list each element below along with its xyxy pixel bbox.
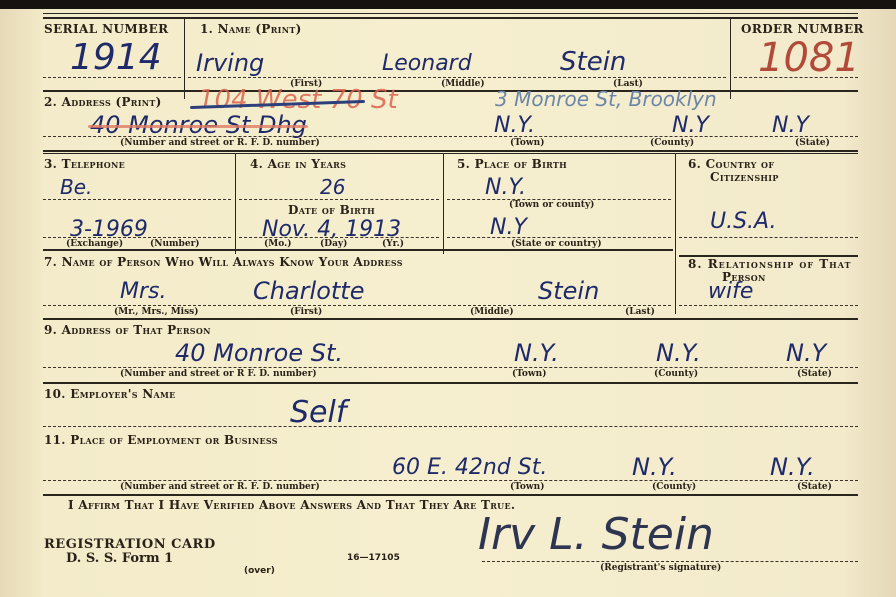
contact-first-caption: (First) (290, 307, 322, 317)
serial-number-label: SERIAL NUMBER (44, 22, 169, 36)
contact-address-label: 9. Address of That Person (44, 323, 211, 337)
over-label: (over) (244, 566, 275, 576)
employment-county-caption: (County) (652, 482, 696, 492)
citizenship-line (679, 237, 858, 238)
citizenship-value: U.S.A. (710, 209, 777, 234)
birth-state-line (447, 237, 671, 238)
telephone-exchange-value: Be. (60, 175, 92, 199)
signature-caption: (Registrant's signature) (600, 563, 721, 573)
title-caption: (Mr., Mrs., Miss) (114, 307, 198, 317)
age-line (239, 199, 439, 200)
contact-middle-caption: (Middle) (470, 307, 514, 317)
top-rule-2 (43, 17, 858, 19)
telephone-line-1 (43, 199, 231, 200)
age-label: 4. Age in Years (250, 157, 346, 171)
order-line (734, 77, 858, 78)
contact-last-caption: (Last) (625, 307, 655, 317)
telephone-label: 3. Telephone (44, 157, 125, 171)
employment-street-value: 60 E. 42nd St. (392, 455, 547, 480)
employer-line (43, 426, 858, 427)
card-title: REGISTRATION CARD (44, 537, 216, 552)
mo-caption: (Mo.) (264, 239, 291, 249)
red-strike-mark (88, 125, 308, 128)
print-code: 16—17105 (347, 553, 400, 563)
employment-street-caption: (Number and street or R. F. D. number) (120, 482, 320, 492)
day-caption: (Day) (320, 239, 347, 249)
signature-value: Irv L. Stein (478, 509, 714, 560)
county-caption: (County) (650, 138, 694, 148)
address-label: 2. Address (Print) (44, 95, 162, 109)
yr-caption: (Yr.) (382, 239, 404, 249)
row-rule (43, 318, 858, 320)
date-of-birth-label: Date of Birth (288, 203, 375, 217)
form-id: D. S. S. Form 1 (66, 551, 173, 566)
contact-street-value: 40 Monroe St. (175, 339, 343, 367)
contact-state-value: N.Y (786, 339, 826, 367)
row-rule (43, 150, 858, 152)
relationship-label-1: 8. Relationship of That (688, 257, 851, 271)
contact-town-caption: (Town) (512, 369, 546, 379)
row-rule-2 (43, 153, 858, 154)
dob-line (239, 237, 439, 238)
citizenship-label-1: 6. Country of (688, 157, 774, 171)
order-number-label: ORDER NUMBER (741, 22, 864, 36)
contact-town-value: N.Y. (514, 339, 559, 367)
employer-label: 10. Employer's Name (44, 387, 176, 401)
contact-state-caption: (State) (797, 369, 832, 379)
last-name-value: Stein (560, 47, 626, 77)
row-rule (43, 90, 858, 92)
contact-title-value: Mrs. (120, 279, 166, 304)
address-county-value: N.Y (672, 113, 709, 138)
employment-town-value: N.Y. (632, 453, 677, 481)
first-name-value: Irving (196, 49, 264, 77)
order-number-value: 1081 (758, 35, 860, 81)
serial-number-value: 1914 (70, 37, 162, 78)
row-rule (43, 494, 858, 496)
birth-state-caption: (State or country) (511, 239, 602, 249)
registration-card: SERIAL NUMBER 1. Name (Print) ORDER NUMB… (0, 9, 896, 597)
top-rule (43, 13, 858, 14)
telephone-line-2 (43, 237, 231, 238)
name-line (188, 77, 726, 78)
divider (730, 19, 731, 99)
employment-town-caption: (Town) (510, 482, 544, 492)
affirmation-text: I Affirm That I Have Verified Above Answ… (68, 498, 515, 512)
scan-top-border (0, 0, 896, 9)
contact-person-label: 7. Name of Person Who Will Always Know Y… (44, 255, 403, 269)
contact-county-value: N.Y. (656, 339, 701, 367)
contact-last-value: Stein (538, 277, 599, 305)
pencil-correction-value: 3 Monroe St, Brooklyn (495, 87, 717, 111)
employment-line (43, 480, 858, 481)
number-caption: (Number) (150, 239, 200, 249)
employment-state-value: N.Y. (770, 453, 815, 481)
contact-name-line (43, 305, 671, 306)
employer-value: Self (290, 395, 346, 430)
relationship-line (679, 305, 858, 306)
place-of-birth-label: 5. Place of Birth (457, 157, 567, 171)
employment-place-label: 11. Place of Employment or Business (44, 433, 278, 447)
contact-street-caption: (Number and street or R F. D. number) (120, 369, 317, 379)
contact-first-value: Charlotte (253, 277, 364, 305)
relationship-value: wife (708, 279, 753, 304)
address-state-value: N.Y (772, 113, 809, 138)
state-caption: (State) (795, 138, 830, 148)
signature-line (482, 561, 858, 562)
middle-caption: (Middle) (441, 79, 485, 89)
contact-address-line (43, 367, 858, 368)
citizenship-label-2: Citizenship (710, 170, 779, 184)
row-rule (43, 382, 858, 384)
name-label: 1. Name (Print) (200, 22, 302, 36)
town-caption: (Town) (510, 138, 544, 148)
divider (235, 154, 236, 254)
divider (443, 154, 444, 254)
address-line (43, 136, 858, 137)
birth-town-caption: (Town or county) (509, 200, 594, 210)
age-value: 26 (320, 175, 345, 199)
divider (184, 19, 185, 99)
divider (675, 154, 676, 314)
row-rule (43, 249, 673, 251)
birth-town-value: N.Y. (485, 175, 526, 200)
street-caption: (Number and street or R. F. D. number) (120, 138, 320, 148)
middle-name-value: Leonard (382, 51, 472, 76)
contact-county-caption: (County) (654, 369, 698, 379)
employment-state-caption: (State) (797, 482, 832, 492)
exchange-caption: (Exchange) (66, 239, 123, 249)
serial-line (43, 77, 181, 78)
address-town-value: N.Y. (494, 113, 535, 138)
